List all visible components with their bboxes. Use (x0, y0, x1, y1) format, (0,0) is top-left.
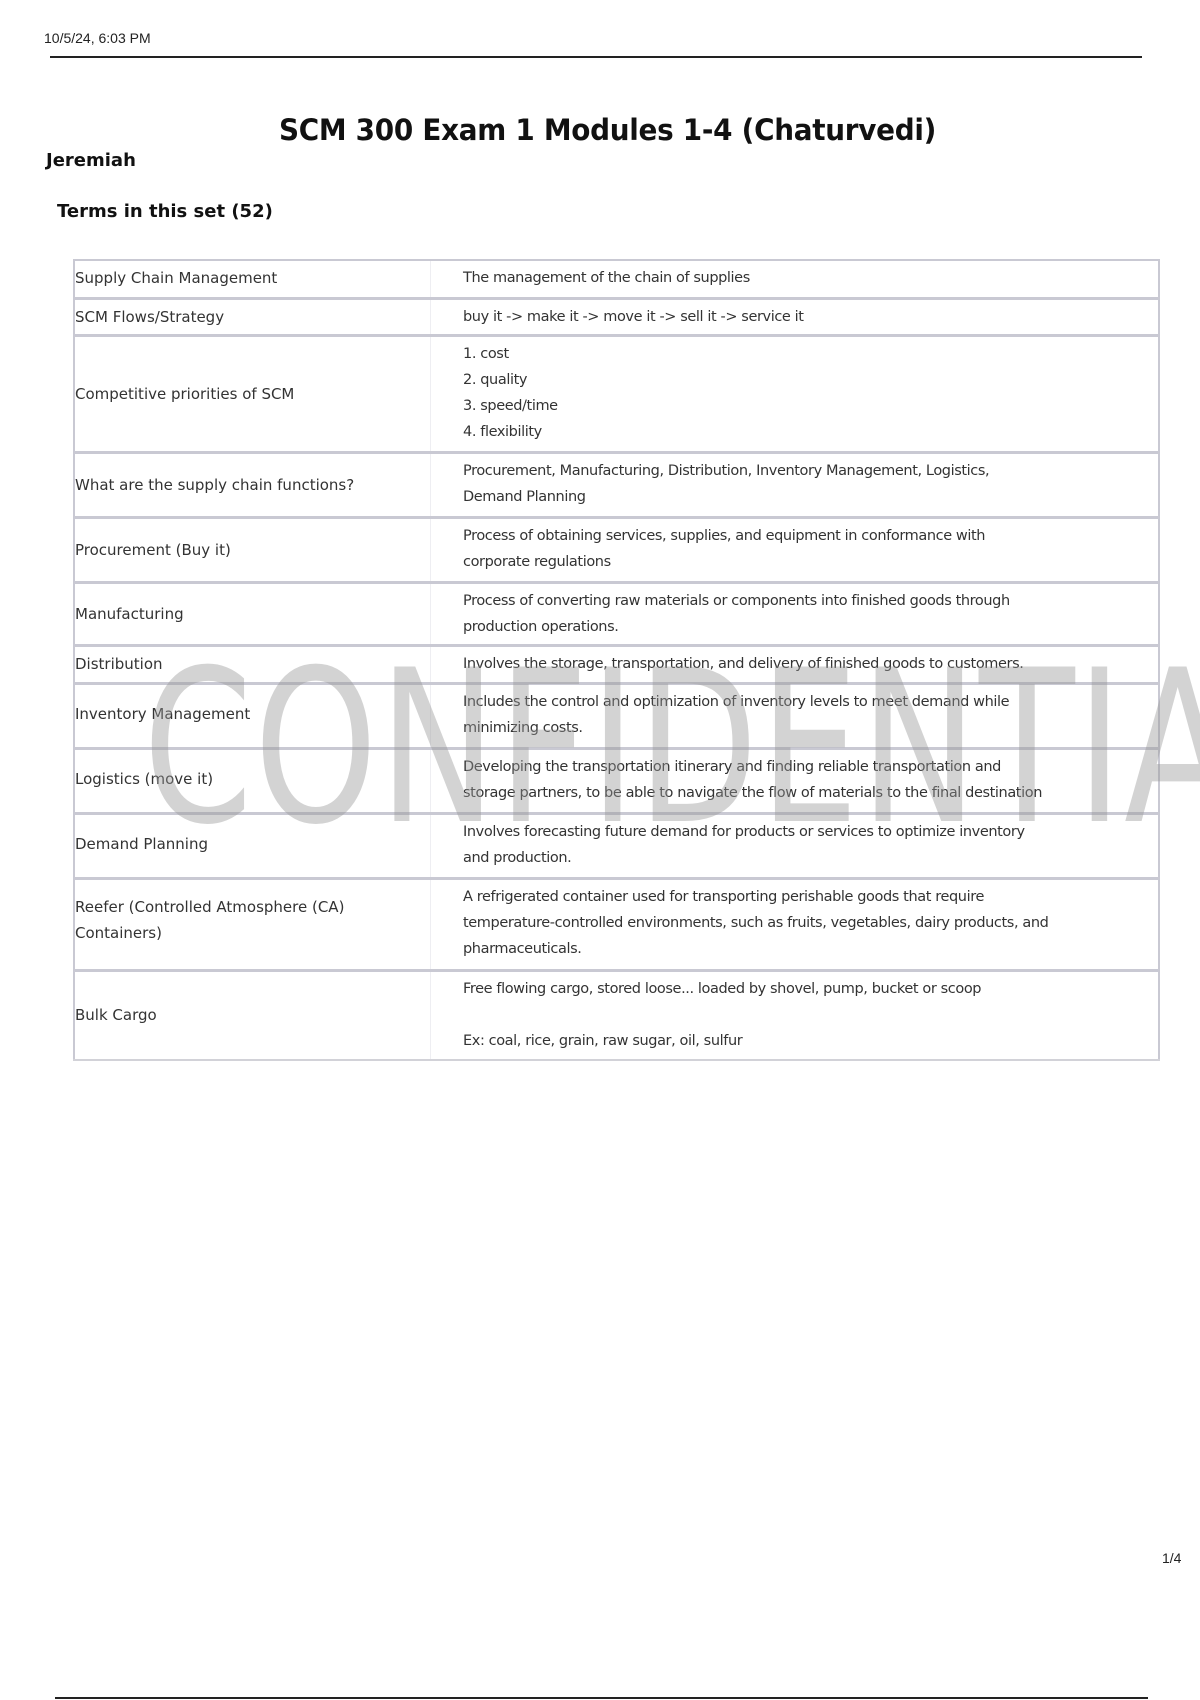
definition-line: minimizing costs. (463, 715, 1148, 741)
author-name: Jeremiah (46, 150, 136, 171)
term-row: Demand PlanningInvolves forecasting futu… (74, 813, 1159, 878)
term-row: Reefer (Controlled Atmosphere (CA) Conta… (74, 878, 1159, 970)
definition-line: Process of converting raw materials or c… (463, 588, 1148, 614)
definition-cell: Developing the transportation itinerary … (431, 748, 1160, 813)
definition-line: and production. (463, 845, 1148, 871)
term-cell: Supply Chain Management (74, 260, 431, 298)
term-row: Competitive priorities of SCM1. cost2. q… (74, 335, 1159, 452)
definition-line: Involves the storage, transportation, an… (463, 651, 1148, 677)
header-divider (50, 56, 1142, 58)
definition-cell: Free flowing cargo, stored loose... load… (431, 970, 1160, 1060)
definition-cell: Involves the storage, transportation, an… (431, 645, 1160, 683)
term-cell: Logistics (move it) (74, 748, 431, 813)
term-row: Procurement (Buy it)Process of obtaining… (74, 517, 1159, 582)
definition-cell: buy it -> make it -> move it -> sell it … (431, 298, 1160, 335)
definition-line: Ex: coal, rice, grain, raw sugar, oil, s… (463, 1028, 1148, 1054)
definition-line: buy it -> make it -> move it -> sell it … (463, 304, 1148, 330)
term-row: What are the supply chain functions?Proc… (74, 452, 1159, 517)
term-cell: Bulk Cargo (74, 970, 431, 1060)
definition-line: Includes the control and optimization of… (463, 689, 1148, 715)
print-date: 10/5/24, 6:03 PM (44, 30, 151, 46)
definition-line: storage partners, to be able to navigate… (463, 780, 1148, 806)
definition-line: 4. flexibility (463, 419, 1148, 445)
definition-line: Procurement, Manufacturing, Distribution… (463, 458, 1148, 484)
term-cell: SCM Flows/Strategy (74, 298, 431, 335)
term-row: Logistics (move it)Developing the transp… (74, 748, 1159, 813)
definition-cell: Process of obtaining services, supplies,… (431, 517, 1160, 582)
definition-line: corporate regulations (463, 549, 1148, 575)
definition-cell: 1. cost2. quality3. speed/time4. flexibi… (431, 335, 1160, 452)
page-title: SCM 300 Exam 1 Modules 1-4 (Chaturvedi) (24, 113, 1190, 147)
definition-line: temperature-controlled environments, suc… (463, 910, 1148, 936)
definition-line: Developing the transportation itinerary … (463, 754, 1148, 780)
definition-cell: Involves forecasting future demand for p… (431, 813, 1160, 878)
definition-cell: Procurement, Manufacturing, Distribution… (431, 452, 1160, 517)
definition-line: A refrigerated container used for transp… (463, 884, 1148, 910)
term-cell: Competitive priorities of SCM (74, 335, 431, 452)
term-cell: Reefer (Controlled Atmosphere (CA) Conta… (74, 878, 431, 970)
definition-line: Involves forecasting future demand for p… (463, 819, 1148, 845)
term-cell: Manufacturing (74, 582, 431, 645)
definition-line: Demand Planning (463, 484, 1148, 510)
definition-line (463, 1002, 1148, 1028)
page-number: 1/4 (1162, 1550, 1181, 1566)
term-cell: Procurement (Buy it) (74, 517, 431, 582)
term-row: Inventory ManagementIncludes the control… (74, 683, 1159, 748)
definition-line: 2. quality (463, 367, 1148, 393)
definition-line: pharmaceuticals. (463, 936, 1148, 962)
definition-line: 3. speed/time (463, 393, 1148, 419)
term-row: SCM Flows/Strategybuy it -> make it -> m… (74, 298, 1159, 335)
term-cell: Distribution (74, 645, 431, 683)
term-cell: What are the supply chain functions? (74, 452, 431, 517)
term-cell: Demand Planning (74, 813, 431, 878)
terms-count-heading: Terms in this set (52) (57, 201, 273, 222)
definition-cell: Includes the control and optimization of… (431, 683, 1160, 748)
term-row: ManufacturingProcess of converting raw m… (74, 582, 1159, 645)
definition-line: The management of the chain of supplies (463, 265, 1148, 291)
term-cell: Inventory Management (74, 683, 431, 748)
definition-cell: Process of converting raw materials or c… (431, 582, 1160, 645)
terms-table: Supply Chain ManagementThe management of… (73, 259, 1160, 1061)
term-row: Supply Chain ManagementThe management of… (74, 260, 1159, 298)
definition-line: 1. cost (463, 341, 1148, 367)
definition-cell: A refrigerated container used for transp… (431, 878, 1160, 970)
term-row: DistributionInvolves the storage, transp… (74, 645, 1159, 683)
definition-line: Process of obtaining services, supplies,… (463, 523, 1148, 549)
term-row: Bulk CargoFree flowing cargo, stored loo… (74, 970, 1159, 1060)
footer-divider (55, 1697, 1148, 1699)
terms-table-body: Supply Chain ManagementThe management of… (74, 260, 1159, 1060)
definition-cell: The management of the chain of supplies (431, 260, 1160, 298)
definition-line: production operations. (463, 614, 1148, 640)
definition-line: Free flowing cargo, stored loose... load… (463, 976, 1148, 1002)
